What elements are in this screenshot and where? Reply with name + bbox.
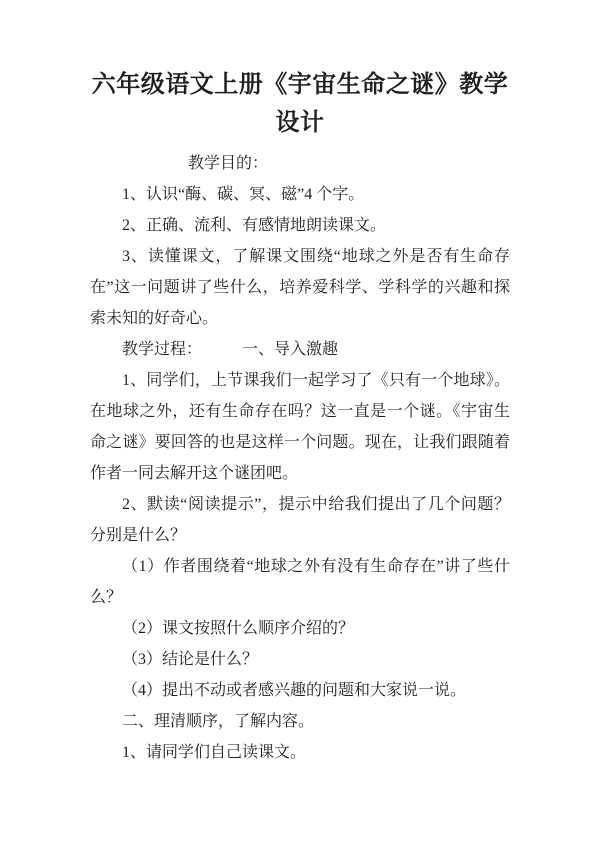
paragraph-question-2: （2）课文按照什么顺序介绍的？: [90, 613, 510, 644]
paragraph-read-task: 1、请同学们自己读课文。: [90, 737, 510, 768]
paragraph-question-4: （4）提出不动或者感兴趣的问题和大家说一说。: [90, 675, 510, 706]
document-text: 教学目的： 1、认识“酶、碳、冥、磁”4 个字。 2、正确、流利、有感情地朗读课…: [90, 148, 510, 768]
document-title-line-1: 六年级语文上册《宇宙生命之谜》教学: [90, 66, 510, 104]
paragraph-question-1: （1）作者围绕着“地球之外有没有生命存在”讲了些什么？: [90, 551, 510, 613]
document-body: 六年级语文上册《宇宙生命之谜》教学 设计 教学目的： 1、认识“酶、碳、冥、磁”…: [0, 0, 600, 768]
paragraph-section-2-heading: 二、理清顺序，了解内容。: [90, 706, 510, 737]
document-title: 六年级语文上册《宇宙生命之谜》教学 设计: [90, 66, 510, 142]
paragraph-aim-3: 3、读懂课文，了解课文围绕“地球之外是否有生命存在”这一问题讲了些什么，培养爱科…: [90, 241, 510, 334]
paragraph-process-heading: 教学过程： 一、导入激趣: [90, 334, 510, 365]
paragraph-intro-2: 2、默读“阅读提示”，提示中给我们提出了几个问题？分别是什么？: [90, 489, 510, 551]
document-page: 六年级语文上册《宇宙生命之谜》教学 设计 教学目的： 1、认识“酶、碳、冥、磁”…: [0, 0, 600, 848]
paragraph-intro-1: 1、同学们，上节课我们一起学习了《只有一个地球》。在地球之外，还有生命存在吗？这…: [90, 365, 510, 489]
paragraph-teaching-aims-heading: 教学目的：: [90, 148, 510, 179]
paragraph-question-3: （3）结论是什么？: [90, 644, 510, 675]
paragraph-aim-1: 1、认识“酶、碳、冥、磁”4 个字。: [90, 179, 510, 210]
paragraph-aim-2: 2、正确、流利、有感情地朗读课文。: [90, 210, 510, 241]
document-title-line-2: 设计: [90, 104, 510, 142]
